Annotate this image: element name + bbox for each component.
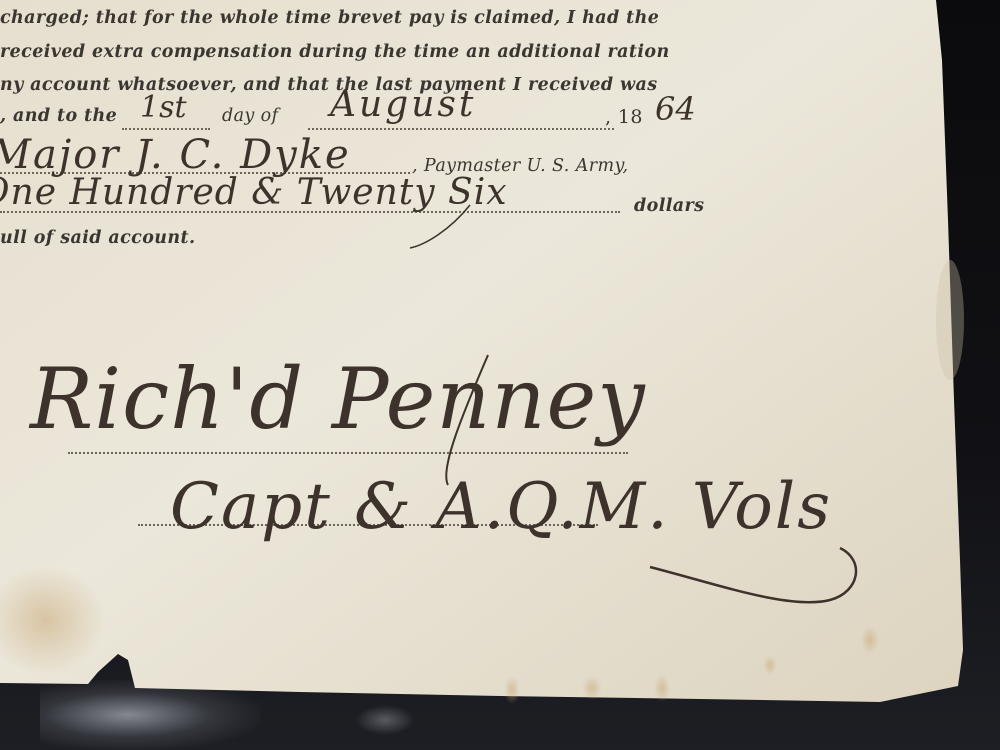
signature-flourish (0, 0, 1000, 750)
